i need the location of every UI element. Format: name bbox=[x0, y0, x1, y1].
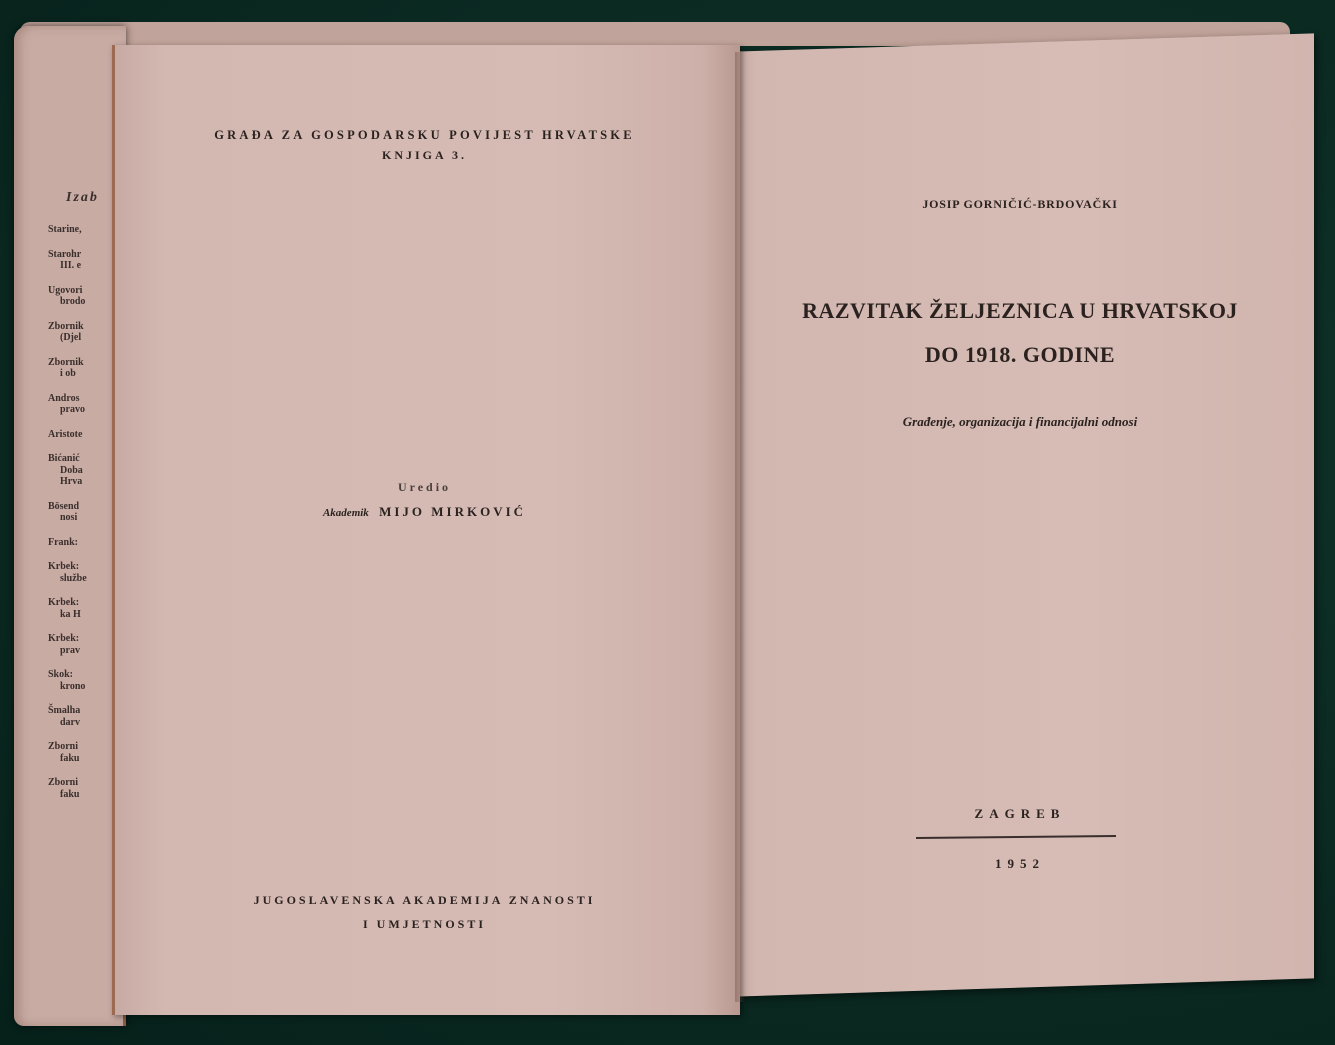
author-name: JOSIP GORNIČIĆ-BRDOVAČKI bbox=[760, 197, 1280, 212]
publisher-line-1: JUGOSLAVENSKA AKADEMIJA ZNANOSTI bbox=[112, 893, 737, 908]
book-title-line-2: DO 1918. GODINE bbox=[760, 342, 1280, 368]
editor-label: Uredio bbox=[112, 480, 737, 495]
book-subtitle: Građenje, organizacija i financijalni od… bbox=[760, 414, 1280, 430]
series-title: GRAĐA ZA GOSPODARSKU POVIJEST HRVATSKE bbox=[112, 128, 737, 143]
volume-number: KNJIGA 3. bbox=[112, 148, 737, 163]
editor-name: MIJO MIRKOVIĆ bbox=[379, 504, 526, 519]
right-page bbox=[722, 33, 1314, 997]
publisher-line-2: I UMJETNOSTI bbox=[112, 917, 737, 932]
publication-city: ZAGREB bbox=[760, 806, 1280, 822]
editor-line: Akademik MIJO MIRKOVIĆ bbox=[112, 504, 737, 520]
editor-title: Akademik bbox=[323, 507, 369, 519]
left-page bbox=[112, 45, 740, 1015]
book-title-line-1: RAZVITAK ŽELJEZNICA U HRVATSKOJ bbox=[760, 298, 1280, 324]
book-gutter bbox=[735, 52, 745, 1002]
publication-year: 1952 bbox=[760, 856, 1280, 872]
